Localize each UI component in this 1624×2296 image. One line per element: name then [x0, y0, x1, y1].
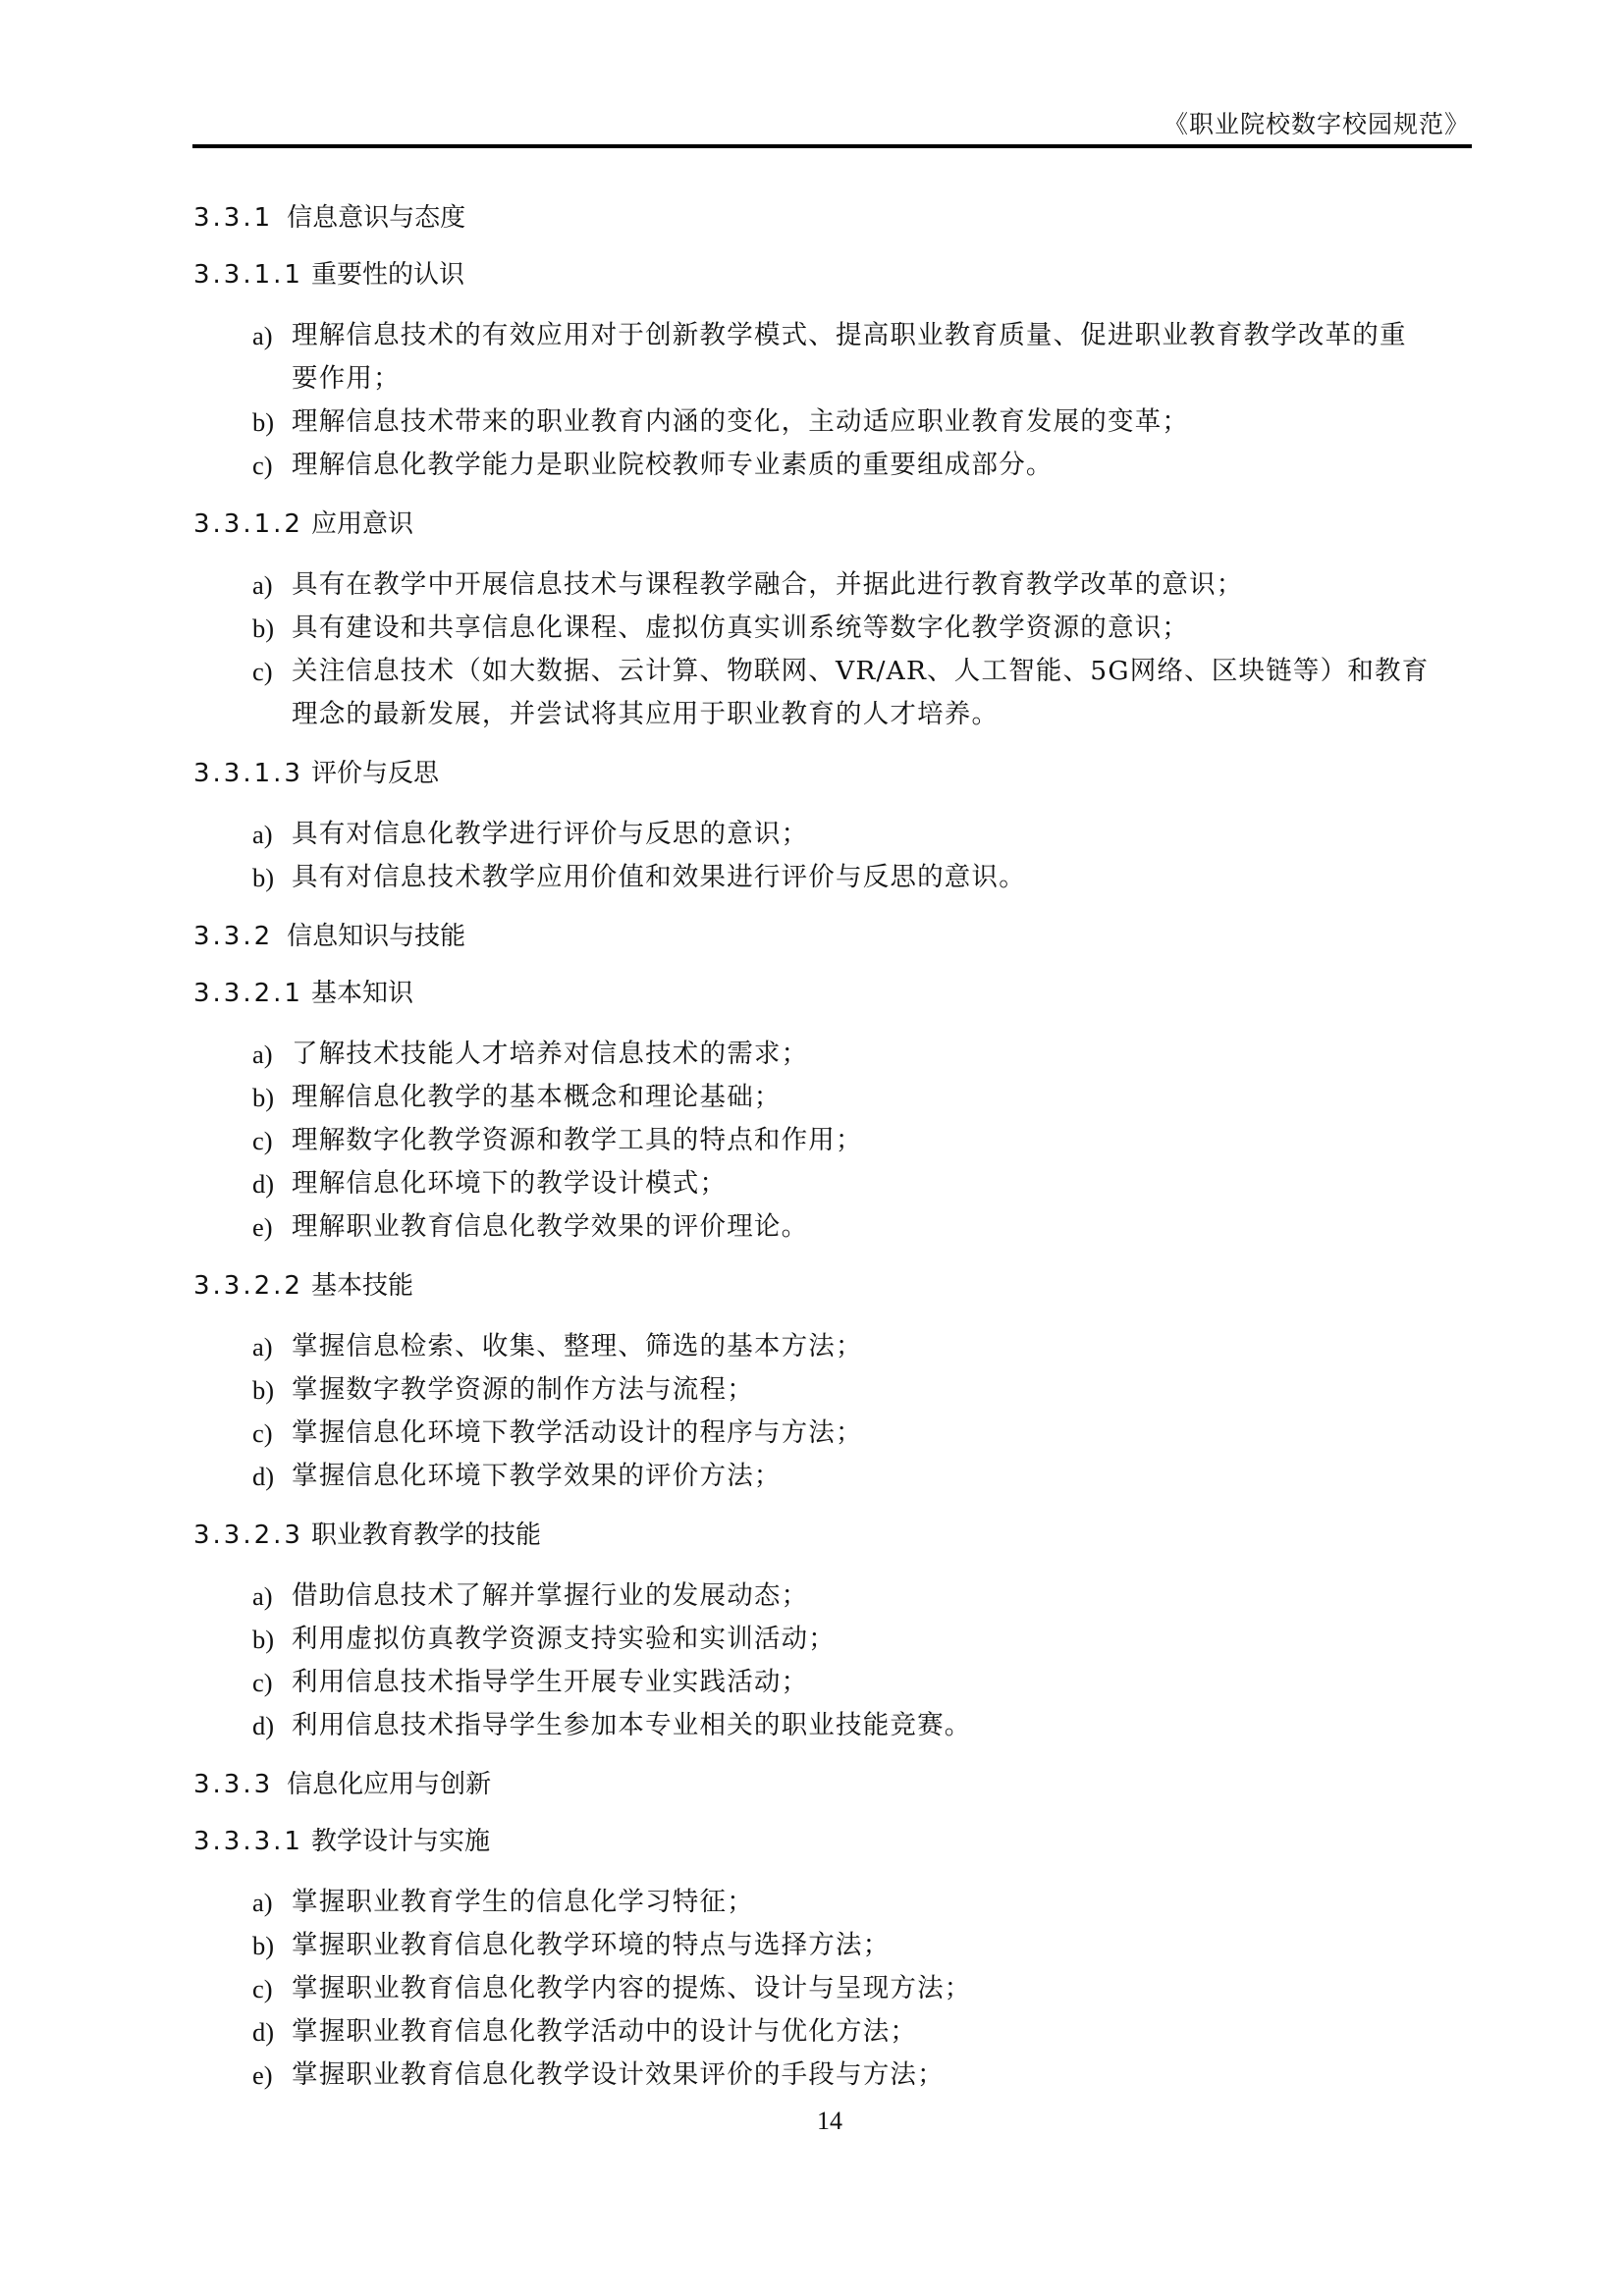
- item-list: a)理解信息技术的有效应用对于创新教学模式、提高职业教育质量、促进职业教育教学改…: [193, 314, 1480, 487]
- section-heading-3-3-1-2: 3.3.1.2应用意识: [193, 503, 1480, 546]
- list-item-marker: d): [252, 1455, 274, 1498]
- list-item-marker: a): [252, 813, 273, 856]
- list-item-text: 理解信息技术的有效应用对于创新教学模式、提高职业教育质量、促进职业教育教学改革的…: [292, 314, 1480, 357]
- list-item-text: 要作用；: [292, 357, 1480, 400]
- list-item-text: 借助信息技术了解并掌握行业的发展动态；: [292, 1575, 1480, 1618]
- section-number: 3.3.1: [193, 203, 273, 233]
- list-item-text: 理解信息化环境下的教学设计模式；: [292, 1162, 1480, 1205]
- list-item: b)理解信息化教学的基本概念和理论基础；: [193, 1076, 1480, 1119]
- list-item: b)具有对信息技术教学应用价值和效果进行评价与反思的意识。: [193, 856, 1480, 899]
- list-item: c)理解数字化教学资源和教学工具的特点和作用；: [193, 1119, 1480, 1162]
- list-item-text: 掌握职业教育信息化教学内容的提炼、设计与呈现方法；: [292, 1967, 1480, 2010]
- section-title: 评价与反思: [311, 759, 439, 788]
- list-item-text: 关注信息技术（如大数据、云计算、物联网、VR/AR、人工智能、5G网络、区块链等…: [292, 650, 1480, 693]
- list-item-text: 掌握职业教育信息化教学环境的特点与选择方法；: [292, 1924, 1480, 1967]
- list-item-text: 掌握信息检索、收集、整理、筛选的基本方法；: [292, 1325, 1480, 1368]
- list-item-marker: b): [252, 1618, 274, 1661]
- list-item-text: 理解信息化教学能力是职业院校教师专业素质的重要组成部分。: [292, 444, 1480, 487]
- section-title: 基本技能: [311, 1271, 413, 1301]
- section-title: 教学设计与实施: [311, 1827, 490, 1856]
- list-item: b)掌握数字教学资源的制作方法与流程；: [193, 1368, 1480, 1412]
- list-item-marker: b): [252, 856, 274, 899]
- list-item-text: 利用信息技术指导学生参加本专业相关的职业技能竞赛。: [292, 1704, 1480, 1747]
- list-item-text: 掌握信息化环境下教学效果的评价方法；: [292, 1455, 1480, 1498]
- list-item: e)掌握职业教育信息化教学设计效果评价的手段与方法；: [193, 2054, 1480, 2097]
- list-item: b)理解信息技术带来的职业教育内涵的变化，主动适应职业教育发展的变革；: [193, 400, 1480, 444]
- section-heading-3-3-1: 3.3.1信息意识与态度: [193, 196, 1480, 240]
- section-heading-3-3-3: 3.3.3信息化应用与创新: [193, 1763, 1480, 1806]
- list-item: a)了解技术技能人才培养对信息技术的需求；: [193, 1033, 1480, 1076]
- list-item-marker: a): [252, 1575, 273, 1618]
- list-item-marker: a): [252, 563, 273, 607]
- list-item-text: 具有对信息化教学进行评价与反思的意识；: [292, 813, 1480, 856]
- list-item-text: 具有建设和共享信息化课程、虚拟仿真实训系统等数字化教学资源的意识；: [292, 607, 1480, 650]
- section-number: 3.3.2.2: [193, 1271, 303, 1301]
- list-item: a)掌握信息检索、收集、整理、筛选的基本方法；: [193, 1325, 1480, 1368]
- list-item-marker: c): [252, 1661, 273, 1704]
- list-item: a)具有对信息化教学进行评价与反思的意识；: [193, 813, 1480, 856]
- item-list: a)了解技术技能人才培养对信息技术的需求；b)理解信息化教学的基本概念和理论基础…: [193, 1033, 1480, 1249]
- section-heading-3-3-2: 3.3.2信息知识与技能: [193, 915, 1480, 958]
- list-item: c)理解信息化教学能力是职业院校教师专业素质的重要组成部分。: [193, 444, 1480, 487]
- list-item-text: 理解数字化教学资源和教学工具的特点和作用；: [292, 1119, 1480, 1162]
- list-item-text: 掌握信息化环境下教学活动设计的程序与方法；: [292, 1412, 1480, 1455]
- list-item-text: 具有对信息技术教学应用价值和效果进行评价与反思的意识。: [292, 856, 1480, 899]
- section-title: 基本知识: [311, 979, 413, 1008]
- section-number: 3.3.2.3: [193, 1521, 303, 1550]
- section-heading-3-3-2-2: 3.3.2.2基本技能: [193, 1264, 1480, 1308]
- list-item-marker: c): [252, 444, 273, 487]
- list-item: d)掌握职业教育信息化教学活动中的设计与优化方法；: [193, 2010, 1480, 2054]
- page-number: 14: [0, 2107, 1624, 2136]
- list-item-marker: b): [252, 1076, 274, 1119]
- list-item-text: 掌握数字教学资源的制作方法与流程；: [292, 1368, 1480, 1412]
- list-item-marker: a): [252, 1881, 273, 1924]
- item-list: a)掌握信息检索、收集、整理、筛选的基本方法；b)掌握数字教学资源的制作方法与流…: [193, 1325, 1480, 1498]
- list-item-marker: a): [252, 1033, 273, 1076]
- list-item-marker: e): [252, 1205, 273, 1249]
- section-number: 3.3.2: [193, 922, 273, 951]
- section-number: 3.3.3.1: [193, 1827, 303, 1856]
- section-heading-3-3-1-3: 3.3.1.3评价与反思: [193, 752, 1480, 795]
- document-body: 3.3.1信息意识与态度3.3.1.1重要性的认识a)理解信息技术的有效应用对于…: [193, 196, 1480, 2097]
- item-list: a)具有在教学中开展信息技术与课程教学融合，并据此进行教育教学改革的意识；b)具…: [193, 563, 1480, 736]
- item-list: a)掌握职业教育学生的信息化学习特征；b)掌握职业教育信息化教学环境的特点与选择…: [193, 1881, 1480, 2097]
- list-item: e)理解职业教育信息化教学效果的评价理论。: [193, 1205, 1480, 1249]
- section-title: 信息知识与技能: [287, 922, 465, 951]
- list-item: d)掌握信息化环境下教学效果的评价方法；: [193, 1455, 1480, 1498]
- list-item-marker: a): [252, 1325, 273, 1368]
- header-rule: [192, 144, 1472, 148]
- section-heading-3-3-1-1: 3.3.1.1重要性的认识: [193, 253, 1480, 296]
- section-title: 应用意识: [311, 509, 413, 539]
- list-item-marker: a): [252, 314, 273, 357]
- list-item-text: 理念的最新发展，并尝试将其应用于职业教育的人才培养。: [292, 693, 1480, 736]
- list-item: d)利用信息技术指导学生参加本专业相关的职业技能竞赛。: [193, 1704, 1480, 1747]
- section-number: 3.3.1.3: [193, 759, 303, 788]
- section-heading-3-3-2-3: 3.3.2.3职业教育教学的技能: [193, 1514, 1480, 1557]
- list-item-marker: c): [252, 1119, 273, 1162]
- list-item: a)掌握职业教育学生的信息化学习特征；: [193, 1881, 1480, 1924]
- item-list: a)借助信息技术了解并掌握行业的发展动态；b)利用虚拟仿真教学资源支持实验和实训…: [193, 1575, 1480, 1747]
- list-item-marker: e): [252, 2054, 273, 2097]
- section-title: 职业教育教学的技能: [311, 1521, 541, 1550]
- list-item: b)具有建设和共享信息化课程、虚拟仿真实训系统等数字化教学资源的意识；: [193, 607, 1480, 650]
- list-item-text: 理解职业教育信息化教学效果的评价理论。: [292, 1205, 1480, 1249]
- list-item-marker: b): [252, 400, 274, 444]
- list-item: c)掌握信息化环境下教学活动设计的程序与方法；: [193, 1412, 1480, 1455]
- list-item-text: 具有在教学中开展信息技术与课程教学融合，并据此进行教育教学改革的意识；: [292, 563, 1480, 607]
- section-title: 信息化应用与创新: [287, 1770, 491, 1799]
- list-item-marker: b): [252, 1924, 274, 1967]
- list-item-text: 理解信息化教学的基本概念和理论基础；: [292, 1076, 1480, 1119]
- list-item-marker: d): [252, 1704, 274, 1747]
- list-item: a)借助信息技术了解并掌握行业的发展动态；: [193, 1575, 1480, 1618]
- list-item: c)关注信息技术（如大数据、云计算、物联网、VR/AR、人工智能、5G网络、区块…: [193, 650, 1480, 736]
- list-item-marker: c): [252, 1412, 273, 1455]
- list-item-text: 理解信息技术带来的职业教育内涵的变化，主动适应职业教育发展的变革；: [292, 400, 1480, 444]
- list-item: d)理解信息化环境下的教学设计模式；: [193, 1162, 1480, 1205]
- list-item-text: 利用虚拟仿真教学资源支持实验和实训活动；: [292, 1618, 1480, 1661]
- document-header-title: 《职业院校数字校园规范》: [1164, 110, 1470, 139]
- section-number: 3.3.2.1: [193, 979, 303, 1008]
- list-item-marker: b): [252, 1368, 274, 1412]
- section-heading-3-3-2-1: 3.3.2.1基本知识: [193, 972, 1480, 1015]
- list-item: a)理解信息技术的有效应用对于创新教学模式、提高职业教育质量、促进职业教育教学改…: [193, 314, 1480, 400]
- list-item: b)利用虚拟仿真教学资源支持实验和实训活动；: [193, 1618, 1480, 1661]
- list-item-marker: c): [252, 650, 273, 693]
- list-item-marker: d): [252, 1162, 274, 1205]
- list-item-marker: c): [252, 1967, 273, 2010]
- list-item: c)利用信息技术指导学生开展专业实践活动；: [193, 1661, 1480, 1704]
- list-item: c)掌握职业教育信息化教学内容的提炼、设计与呈现方法；: [193, 1967, 1480, 2010]
- list-item-marker: b): [252, 607, 274, 650]
- list-item-text: 了解技术技能人才培养对信息技术的需求；: [292, 1033, 1480, 1076]
- section-heading-3-3-3-1: 3.3.3.1教学设计与实施: [193, 1820, 1480, 1863]
- list-item-marker: d): [252, 2010, 274, 2054]
- list-item: a)具有在教学中开展信息技术与课程教学融合，并据此进行教育教学改革的意识；: [193, 563, 1480, 607]
- section-number: 3.3.3: [193, 1770, 273, 1799]
- section-number: 3.3.1.1: [193, 260, 303, 290]
- section-title: 重要性的认识: [311, 260, 464, 290]
- list-item: b)掌握职业教育信息化教学环境的特点与选择方法；: [193, 1924, 1480, 1967]
- list-item-text: 掌握职业教育信息化教学设计效果评价的手段与方法；: [292, 2054, 1480, 2097]
- list-item-text: 掌握职业教育信息化教学活动中的设计与优化方法；: [292, 2010, 1480, 2054]
- list-item-text: 利用信息技术指导学生开展专业实践活动；: [292, 1661, 1480, 1704]
- section-title: 信息意识与态度: [287, 203, 465, 233]
- list-item-text: 掌握职业教育学生的信息化学习特征；: [292, 1881, 1480, 1924]
- item-list: a)具有对信息化教学进行评价与反思的意识；b)具有对信息技术教学应用价值和效果进…: [193, 813, 1480, 899]
- section-number: 3.3.1.2: [193, 509, 303, 539]
